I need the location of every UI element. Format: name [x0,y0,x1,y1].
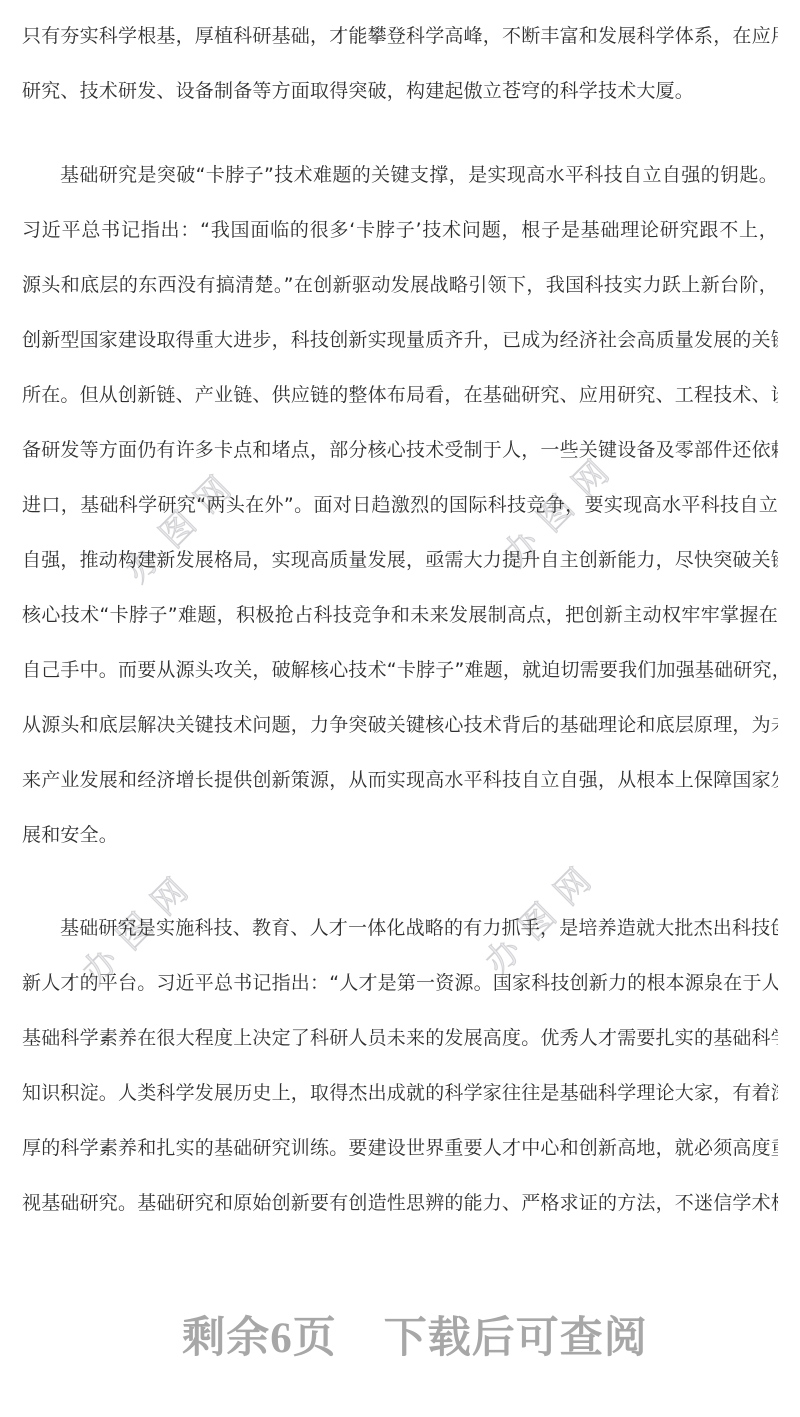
text-line: 只有夯实科学根基，厚植科研基础，才能攀登科学高峰，不断丰富和发展科学体系，在应用 [22,9,778,64]
text-line: 基础研究是突破“卡脖子”技术难题的关键支撑，是实现高水平科技自立自强的钥匙。 [22,148,778,203]
paragraph: 基础研究是突破“卡脖子”技术难题的关键支撑，是实现高水平科技自立自强的钥匙。习近… [22,148,778,863]
text-line: 自己手中。而要从源头攻关，破解核心技术“卡脖子”难题，就迫切需要我们加强基础研究… [22,643,778,698]
text-line: 核心技术“卡脖子”难题，积极抢占科技竞争和未来发展制高点，把创新主动权牢牢掌握在 [22,588,778,643]
text-line: 来产业发展和经济增长提供创新策源，从而实现高水平科技自立自强，从根本上保障国家发 [22,753,778,808]
preview-footer: 剩余6页 下载后可查阅 [15,1309,800,1369]
text-line: 知识积淀。人类科学发展历史上，取得杰出成就的科学家往往是基础科学理论大家，有着深 [22,1066,778,1121]
text-line: 基础研究是实施科技、教育、人才一体化战略的有力抓手，是培养造就大批杰出科技创 [22,901,778,956]
paragraph: 只有夯实科学根基，厚植科研基础，才能攀登科学高峰，不断丰富和发展科学体系，在应用… [22,9,778,119]
text-line: 创新型国家建设取得重大进步，科技创新实现量质齐升，已成为经济社会高质量发展的关键 [22,313,778,368]
text-line: 新人才的平台。习近平总书记指出：“人才是第一资源。国家科技创新力的根本源泉在于人… [22,956,778,1011]
text-line: 所在。但从创新链、产业链、供应链的整体布局看，在基础研究、应用研究、工程技术、设 [22,368,778,423]
paragraph: 基础研究是实施科技、教育、人才一体化战略的有力抓手，是培养造就大批杰出科技创新人… [22,901,778,1231]
text-line: 厚的科学素养和扎实的基础研究训练。要建设世界重要人才中心和创新高地，就必须高度重 [22,1121,778,1176]
pages-remaining-label: 剩余6页 [182,1309,337,1369]
text-line: 基础科学素养在很大程度上决定了科研人员未来的发展高度。优秀人才需要扎实的基础科学 [22,1011,778,1066]
text-line: 研究、技术研发、设备制备等方面取得突破，构建起傲立苍穹的科学技术大厦。 [22,64,778,119]
document-preview-page: 办图网 办图网 办图网 办图网 只有夯实科学根基，厚植科研基础，才能攀登科学高峰… [0,0,800,1417]
text-line: 习近平总书记指出：“我国面临的很多‘卡脖子’技术问题，根子是基础理论研究跟不上， [22,203,778,258]
download-hint-label: 下载后可查阅 [384,1309,648,1369]
text-line: 自强，推动构建新发展格局，实现高质量发展，亟需大力提升自主创新能力，尽快突破关键 [22,533,778,588]
text-line: 备研发等方面仍有许多卡点和堵点，部分核心技术受制于人，一些关键设备及零部件还依赖 [22,423,778,478]
text-line: 视基础研究。基础研究和原始创新要有创造性思辨的能力、严格求证的方法，不迷信学术权 [22,1176,778,1231]
text-line: 展和安全。 [22,808,778,863]
text-line: 从源头和底层解决关键技术问题，力争突破关键核心技术背后的基础理论和底层原理，为未 [22,698,778,753]
text-line: 源头和底层的东西没有搞清楚。”在创新驱动发展战略引领下，我国科技实力跃上新台阶， [22,258,778,313]
text-line: 进口，基础科学研究“两头在外”。面对日趋激烈的国际科技竞争，要实现高水平科技自立 [22,478,778,533]
